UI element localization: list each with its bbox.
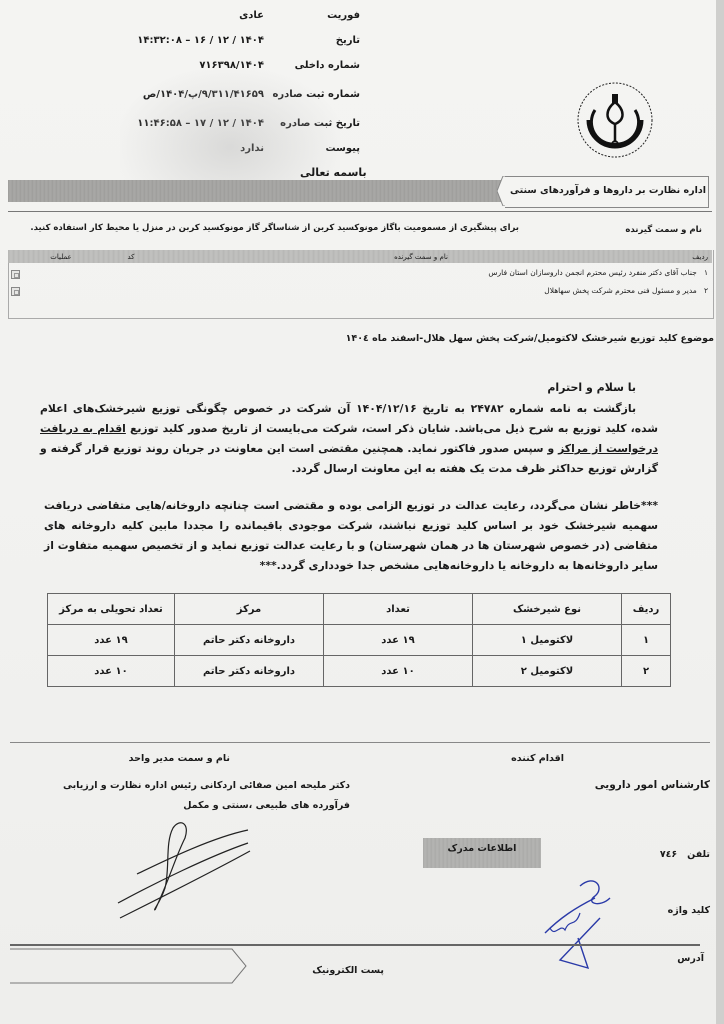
row-action-icon[interactable] <box>11 287 20 296</box>
col-index: ردیف <box>686 253 712 261</box>
col-code: کد <box>106 253 156 261</box>
paragraph-fairness: ***خاطر نشان می‌گردد، رعایت عدالت در توز… <box>44 496 658 576</box>
paragraph-main: بازگشت به نامه شماره ۲۴۷۸۲ به تاریخ ۱۴۰۴… <box>40 399 658 479</box>
col-delivered: تعداد تحویلی به مرکز <box>48 594 175 625</box>
bismillah-heading: باسمه تعالی <box>300 166 367 179</box>
safety-notice: برای پیشگیری از مسمومیت باگاز مونوکسید ک… <box>30 223 519 233</box>
col-formula-type: نوع شیرخشک <box>473 594 622 625</box>
distribution-table: ردیف نوع شیرخشک تعداد مرکز تعداد تحویلی … <box>47 593 671 687</box>
phone-value: ۷٤۶ <box>660 849 677 860</box>
recipient-row: ۱ جناب آقای دکتر منفرد رئیس محترم انجمن … <box>488 268 708 277</box>
manager-signature <box>115 818 255 923</box>
address-label: آدرس <box>677 953 704 964</box>
email-label: پست الکترونیک <box>312 965 384 976</box>
phone-label: تلفن <box>687 849 710 860</box>
cell-quantity: ۱۹ عدد <box>324 625 473 656</box>
department-name: اداره نظارت بر داروها و فرآوردهای سنتی <box>510 185 706 196</box>
cell-formula-type: لاکتومیل ۱ <box>473 625 622 656</box>
cell-formula-type: لاکتومیل ۲ <box>473 656 622 687</box>
col-index: ردیف <box>622 594 671 625</box>
row-index: ۱ <box>704 268 708 277</box>
cell-delivered: ۱۹ عدد <box>48 625 175 656</box>
meta-date: تاریخ ۱۴۰۴ / ۱۲ / ۱۶ – ۱۴:۳۲:۰۸ <box>137 35 360 46</box>
letter-subject: موضوع کلید توزیع شیرخشک لاکتومیل/شرکت پخ… <box>346 333 714 344</box>
cell-center: داروخانه دکتر حاتم <box>175 656 324 687</box>
handwritten-note <box>540 868 630 978</box>
divider <box>8 211 712 212</box>
email-field-box[interactable] <box>10 948 250 984</box>
shrine-watermark <box>120 70 340 180</box>
meta-value: ۱۴۰۴ / ۱۲ / ۱۶ – ۱۴:۳۲:۰۸ <box>137 35 264 46</box>
cell-index: ۲ <box>622 656 671 687</box>
divider <box>10 742 710 743</box>
recipients-table-header: ردیف نام و سمت گیرنده کد عملیات <box>8 250 712 263</box>
keyword-label: کلید واژه <box>668 905 710 916</box>
table-row: ۲ لاکتومیل ۲ ۱۰ عدد داروخانه دکتر حاتم ۱… <box>48 656 671 687</box>
paragraph-text: بازگشت به نامه شماره ۲۴۷۸۲ به تاریخ ۱۴۰۴… <box>40 402 658 435</box>
cell-quantity: ۱۰ عدد <box>324 656 473 687</box>
meta-label: فوریت <box>264 10 360 21</box>
meta-urgency: فوریت عادی <box>239 10 360 21</box>
row-index: ۲ <box>704 286 708 295</box>
university-emblem-icon <box>575 80 655 160</box>
table-row: ۱ لاکتومیل ۱ ۱۹ عدد داروخانه دکتر حاتم ۱… <box>48 625 671 656</box>
row-action-icon[interactable] <box>11 270 20 279</box>
manager-name: دکتر ملیحه امین صفائی اردکانی رئیس اداره… <box>30 776 350 816</box>
manager-label: نام و سمت مدیر واحد <box>129 753 230 764</box>
banner-bar <box>8 180 508 202</box>
cell-center: داروخانه دکتر حاتم <box>175 625 324 656</box>
phone-field: تلفن ۷٤۶ <box>660 849 710 860</box>
meta-label: تاریخ <box>264 35 360 46</box>
greeting: با سلام و احترام <box>547 381 636 394</box>
col-name: نام و سمت گیرنده <box>156 253 686 261</box>
table-header-row: ردیف نوع شیرخشک تعداد مرکز تعداد تحویلی … <box>48 594 671 625</box>
scan-edge <box>716 0 724 1024</box>
row-name: جناب آقای دکتر منفرد رئیس محترم انجمن دا… <box>488 268 696 277</box>
paragraph-text: ***خاطر نشان می‌گردد، رعایت عدالت در توز… <box>44 496 658 576</box>
row-name: مدیر و مسئول فنی محترم شرکت پخش سهاهلال <box>544 286 697 295</box>
actor-title: کارشناس امور دارویی <box>595 779 710 791</box>
cell-index: ۱ <box>622 625 671 656</box>
col-center: مرکز <box>175 594 324 625</box>
documents-info-button[interactable]: اطلاعات مدرک <box>423 838 541 868</box>
meta-value: عادی <box>239 10 264 21</box>
col-quantity: تعداد <box>324 594 473 625</box>
divider <box>10 944 700 946</box>
cell-delivered: ۱۰ عدد <box>48 656 175 687</box>
recipient-label: نام و سمت گیرنده <box>625 225 702 235</box>
recipient-row: ۲ مدیر و مسئول فنی محترم شرکت پخش سهاهلا… <box>544 286 708 295</box>
col-actions: عملیات <box>16 253 106 261</box>
actor-label: اقدام کننده <box>511 753 564 764</box>
